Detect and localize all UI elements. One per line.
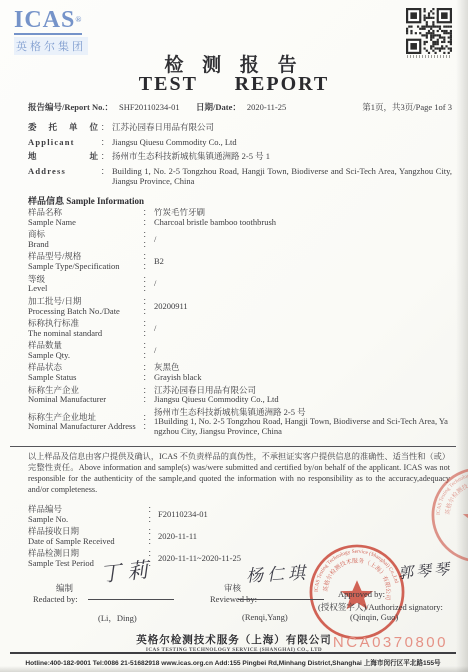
prepared-by-label-zh: 编制: [56, 582, 73, 594]
field-label: 标称生产企业地址Nominal Manufacturer Address: [28, 408, 140, 437]
approved-name: (Qinqin, Guo): [350, 612, 398, 622]
field-label: 加工批号/日期Processing Batch No./Date: [28, 297, 140, 317]
sample-meta-row: 样品编号Sample No. ：： F20110234-01: [28, 505, 348, 525]
sample-info-row: 商标Brand ：： /: [28, 230, 454, 250]
field-value: /: [154, 230, 454, 250]
applicant-row: Applicant ： Jiangsu Qiuesu Commodity Co.…: [28, 137, 452, 148]
colon: ：：: [140, 319, 154, 339]
field-label: 样品数量Sample Qty.: [28, 341, 140, 361]
sample-meta-row: 样品接收日期Date of Sample Received ：： 2020-11…: [28, 527, 348, 547]
colon: ：：: [140, 230, 154, 250]
sample-info-row: 标称执行标准The nominal standard ：： /: [28, 319, 454, 339]
field-label: Applicant: [28, 137, 98, 148]
signature-line: [88, 599, 174, 600]
colon: ：：: [140, 252, 154, 272]
sample-info-row: 标称生产企业Nominal Manufacturer ：： 江苏沁园春日用品有限…: [28, 386, 454, 406]
colon: ：：: [146, 505, 158, 525]
field-label: 委托单位: [28, 122, 98, 133]
applicant-row: 地址 ： 扬州市生态科技新城杭集镇通洲路 2-5 号 1: [28, 151, 452, 162]
footer-contact-line: Hotline:400-182-9001 Tel:0086 21-5168291…: [10, 652, 456, 667]
prepared-name: (Li，Ding): [98, 612, 137, 624]
colon: ：: [98, 166, 112, 187]
svg-text:英格尔检测技术服务（上海）有限公司: 英格尔检测技术服务（上海）有限公司: [443, 479, 468, 523]
field-value: 20200911: [154, 297, 454, 317]
field-label: 等级Level: [28, 275, 140, 295]
test-report-page: ICAS® 英格尔集团 检 测 报 告 TEST REPORT 报告编号/Rep…: [0, 0, 468, 672]
field-label: 样品名称Sample Name: [28, 208, 140, 228]
scan-edge-shadow: [456, 0, 468, 672]
field-value: 江苏沁园春日用品有限公司: [112, 122, 452, 133]
colon: ：：: [140, 386, 154, 406]
applicant-row: Address ： Building 1, No. 2-5 Tongzhou R…: [28, 166, 452, 187]
report-title-en: TEST REPORT: [0, 73, 468, 96]
field-value-line: /: [154, 324, 454, 334]
field-value: 江苏沁园春日用品有限公司Jiangsu Qiuesu Commodity Co.…: [154, 386, 454, 406]
colon: ：: [98, 122, 112, 133]
sample-info-row: 样品数量Sample Qty. ：： /: [28, 341, 454, 361]
icas-logo: ICAS® 英格尔集团: [14, 8, 88, 55]
field-value-line: 20200911: [154, 302, 454, 312]
applicant-block: 委托单位 ： 江苏沁园春日用品有限公司 Applicant ： Jiangsu …: [28, 122, 452, 191]
field-value: F20110234-01: [158, 505, 348, 525]
page-indicator: 第1页，共3页/Page 1of 3: [362, 101, 452, 113]
star-icon: [463, 503, 468, 532]
applicant-row: 委托单位 ： 江苏沁园春日用品有限公司: [28, 122, 452, 133]
colon: ：：: [140, 275, 154, 295]
prepared-by-label-en: Redacted by:: [33, 594, 78, 604]
accreditation-number: NCA0370800: [333, 634, 448, 651]
approved-by-label-en: Approved by:: [338, 589, 385, 599]
colon: ：：: [140, 297, 154, 317]
sample-info-heading: 样品信息 Sample Information: [28, 194, 144, 207]
reviewed-name: (Renqi,Yang): [242, 612, 288, 622]
colon: ：：: [140, 208, 154, 228]
field-value-line: Jiangsu Qiuesu Commodity Co., Ltd: [154, 395, 454, 405]
icas-logo-text: ICAS®: [14, 8, 82, 35]
colon: ：: [98, 137, 112, 148]
sample-info-row: 标称生产企业地址Nominal Manufacturer Address ：： …: [28, 408, 454, 437]
sample-info-row: 等级Level ：： /: [28, 275, 454, 295]
field-value: 扬州市生态科技新城杭集镇通洲路 2-5 号 1: [112, 151, 452, 162]
field-value-line: B2: [154, 257, 454, 267]
colon: ：：: [140, 363, 154, 383]
sample-info-row: 样品名称Sample Name ：： 竹炭毛竹牙刷Charcoal bristl…: [28, 208, 454, 228]
disclaimer-paragraph: 以上样品及信息由客户提供及确认，ICAS 不负责样品的真伪性，不承担证实客户提供…: [28, 451, 450, 495]
field-label: 商标Brand: [28, 230, 140, 250]
section-divider: [10, 446, 456, 447]
field-value-line: /: [154, 279, 454, 289]
field-value-line: /: [154, 235, 454, 245]
field-value: 灰黑色Grayish black: [154, 363, 454, 383]
field-label: 样品接收日期Date of Sample Received: [28, 527, 146, 547]
report-date: 日期/Date：2020-11-25: [196, 101, 286, 113]
sample-info-row: 样品型号/规格Sample Type/Specification ：： B2: [28, 252, 454, 272]
field-label: 样品编号Sample No.: [28, 505, 146, 525]
colon: ：: [98, 151, 112, 162]
field-value-line: Charcoal bristle bamboo toothbrush: [154, 218, 454, 228]
prepared-signature: 丁莉: [99, 553, 156, 588]
reviewed-signature: 杨仁琪: [245, 558, 309, 586]
sample-info-table: 样品名称Sample Name ：： 竹炭毛竹牙刷Charcoal bristl…: [28, 208, 454, 446]
approved-signature: 郭琴琴: [397, 558, 453, 584]
qr-code-icon: [406, 8, 452, 54]
field-value-line: Grayish black: [154, 373, 454, 383]
registered-mark-icon: ®: [75, 15, 82, 24]
field-value: /: [154, 275, 454, 295]
field-label: Address: [28, 166, 98, 187]
field-value: /: [154, 319, 454, 339]
colon: ：：: [140, 408, 154, 437]
field-value: B2: [154, 252, 454, 272]
sample-info-row: 加工批号/日期Processing Batch No./Date ：： 2020…: [28, 297, 454, 317]
field-label: 样品状态Sample Status: [28, 363, 140, 383]
reviewed-by-label-zh: 审核: [224, 582, 241, 594]
field-value: 竹炭毛竹牙刷Charcoal bristle bamboo toothbrush: [154, 208, 454, 228]
side-stamp-icon: ICAS Testing Technology Service (Shangha…: [430, 466, 468, 564]
colon: ：：: [146, 527, 158, 547]
field-value: 扬州市生态科技新城杭集镇通洲路 2-5 号1Building 1, No. 2-…: [154, 408, 454, 437]
signature-line: [238, 599, 324, 600]
report-no: 报告编号/Report No.：SHF20110234-01: [28, 101, 180, 113]
field-value: Building 1, No. 2-5 Tongzhou Road, Hangj…: [112, 166, 452, 187]
field-value-line: /: [154, 346, 454, 356]
field-value-line: ngzhou City, Jiangsu Province, China: [154, 427, 454, 437]
sample-info-row: 样品状态Sample Status ：： 灰黑色Grayish black: [28, 363, 454, 383]
field-value: /: [154, 341, 454, 361]
colon: ：：: [140, 341, 154, 361]
field-label: 标称生产企业Nominal Manufacturer: [28, 386, 140, 406]
field-label: 标称执行标准The nominal standard: [28, 319, 140, 339]
field-label: 样品型号/规格Sample Type/Specification: [28, 252, 140, 272]
field-value: Jiangsu Qiuesu Commodity Co., Ltd: [112, 137, 452, 148]
field-label: 地址: [28, 151, 98, 162]
